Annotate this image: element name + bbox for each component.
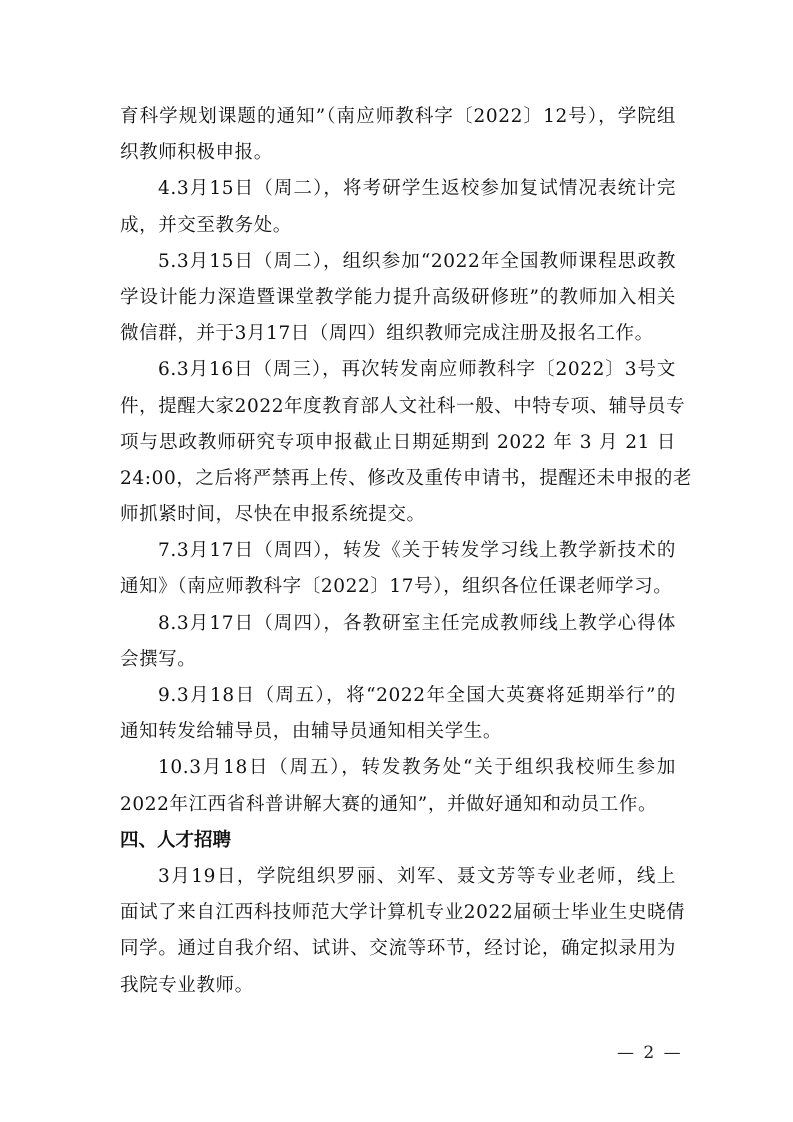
text-line: 2022年江西省科普讲解大赛的通知”，并做好通知和动员工作。 <box>120 787 676 823</box>
text-line: 件，提醒大家2022年度教育部人文社科一般、中特专项、辅导员专 <box>120 389 676 425</box>
text-line: 通知转发给辅导员，由辅导员通知相关学生。 <box>120 714 676 750</box>
text-line: 我院专业教师。 <box>120 968 676 1004</box>
paragraph-talent-recruitment: 3月19日，学院组织罗丽、刘军、聂文芳等专业老师，线上 面试了来自江西科技师范大… <box>120 859 676 1004</box>
text-line: 10.3月18日（周五），转发教务处“关于组织我校师生参加 <box>120 750 676 786</box>
text-line: 师抓紧时间，尽快在申报系统提交。 <box>120 497 676 533</box>
document-page: 育科学规划课题的通知”（南应师教科字〔2022〕12号），学院组 织教师积极申报… <box>0 0 793 1122</box>
section-heading: 四、人才招聘 <box>120 823 676 859</box>
document-body: 育科学规划课题的通知”（南应师教科字〔2022〕12号），学院组 织教师积极申报… <box>120 99 676 1004</box>
paragraph-item-6: 6.3月16日（周三），再次转发南应师教科字〔2022〕3号文 件，提醒大家20… <box>120 352 676 533</box>
text-line: 织教师积极申报。 <box>120 135 676 171</box>
text-line: 成，并交至教务处。 <box>120 208 676 244</box>
text-line: 学设计能力深造暨课堂教学能力提升高级研修班”的教师加入相关 <box>120 280 676 316</box>
text-line: 5.3月15日（周二），组织参加“2022年全国教师课程思政教 <box>120 244 676 280</box>
text-line: 24:00，之后将严禁再上传、修改及重传申请书，提醒还未申报的老 <box>120 461 676 497</box>
paragraph-item-8: 8.3月17日（周四），各教研室主任完成教师线上教学心得体 会撰写。 <box>120 606 676 678</box>
text-line: 7.3月17日（周四），转发《关于转发学习线上教学新技术的 <box>120 533 676 569</box>
paragraph-item-7: 7.3月17日（周四），转发《关于转发学习线上教学新技术的 通知》（南应师教科字… <box>120 533 676 605</box>
text-line: 8.3月17日（周四），各教研室主任完成教师线上教学心得体 <box>120 606 676 642</box>
paragraph-item-5: 5.3月15日（周二），组织参加“2022年全国教师课程思政教 学设计能力深造暨… <box>120 244 676 353</box>
text-line: 6.3月16日（周三），再次转发南应师教科字〔2022〕3号文 <box>120 352 676 388</box>
text-line: 面试了来自江西科技师范大学计算机专业2022届硕士毕业生史晓倩 <box>120 895 676 931</box>
text-line: 3月19日，学院组织罗丽、刘军、聂文芳等专业老师，线上 <box>120 859 676 895</box>
paragraph-item-9: 9.3月18日（周五），将“2022年全国大英赛将延期举行”的 通知转发给辅导员… <box>120 678 676 750</box>
text-line: 9.3月18日（周五），将“2022年全国大英赛将延期举行”的 <box>120 678 676 714</box>
text-line: 通知》（南应师教科字〔2022〕17号），组织各位任课老师学习。 <box>120 569 676 605</box>
text-line: 项与思政教师研究专项申报截止日期延期到 2022 年 3 月 21 日 <box>120 425 676 461</box>
page-number: — 2 — <box>617 1043 683 1063</box>
text-line: 同学。通过自我介绍、试讲、交流等环节，经讨论，确定拟录用为 <box>120 931 676 967</box>
paragraph-item-4: 4.3月15日（周二），将考研学生返校参加复试情况表统计完 成，并交至教务处。 <box>120 171 676 243</box>
text-line: 微信群，并于3月17日（周四）组织教师完成注册及报名工作。 <box>120 316 676 352</box>
paragraph-item-10: 10.3月18日（周五），转发教务处“关于组织我校师生参加 2022年江西省科普… <box>120 750 676 822</box>
text-line: 育科学规划课题的通知”（南应师教科字〔2022〕12号），学院组 <box>120 99 676 135</box>
paragraph-item-3-continuation: 育科学规划课题的通知”（南应师教科字〔2022〕12号），学院组 织教师积极申报… <box>120 99 676 171</box>
text-line: 4.3月15日（周二），将考研学生返校参加复试情况表统计完 <box>120 171 676 207</box>
text-line: 会撰写。 <box>120 642 676 678</box>
